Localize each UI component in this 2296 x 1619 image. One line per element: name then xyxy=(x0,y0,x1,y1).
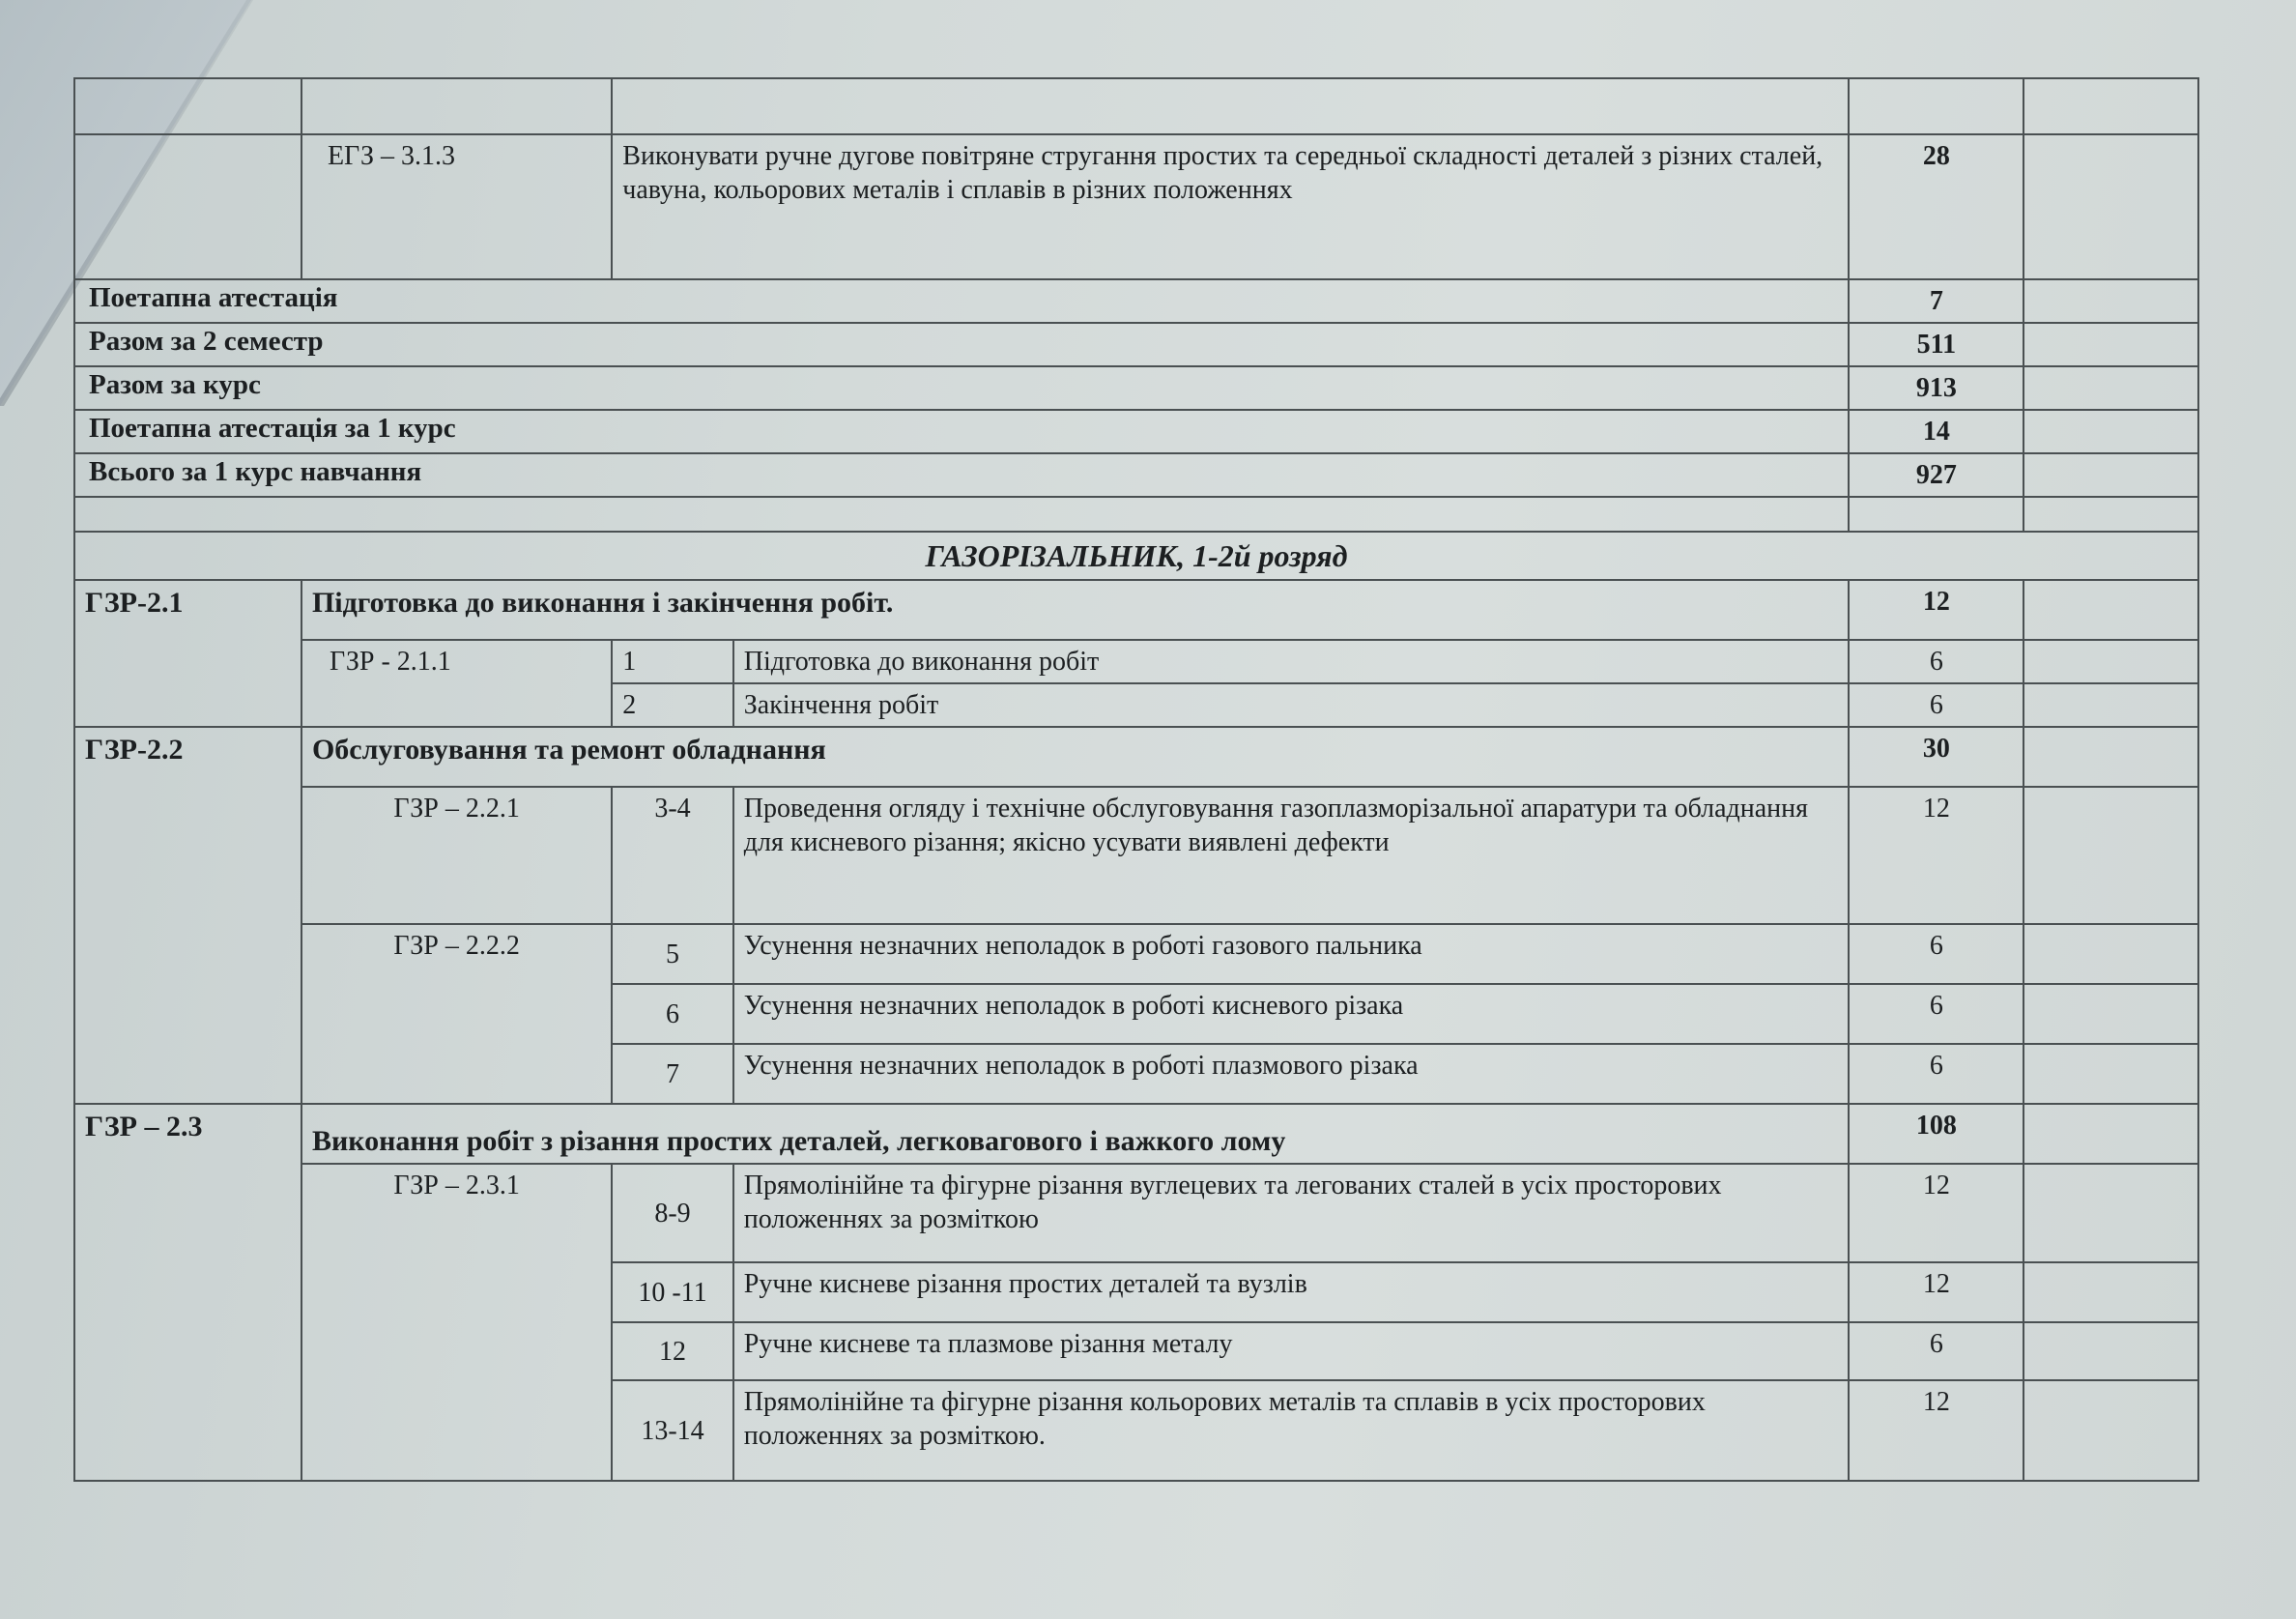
lesson-row: ГЗР – 2.3.1 8-9 Прямолінійне та фігурне … xyxy=(74,1164,2198,1262)
unit-code: ЕГЗ – 3.1.3 xyxy=(301,134,612,279)
module-title: Підготовка до виконання і закінчення роб… xyxy=(301,580,1850,640)
lesson-hours: 6 xyxy=(1849,924,2023,984)
module-hours: 12 xyxy=(1849,580,2023,640)
summary-row: Поетапна атестація за 1 курс 14 xyxy=(74,410,2198,453)
module-hours: 30 xyxy=(1849,727,2023,787)
lesson-number: 2 xyxy=(612,683,733,727)
module-title: Виконання робіт з різання простих детале… xyxy=(301,1104,1850,1164)
unit-code: ГЗР – 2.3.1 xyxy=(301,1164,612,1481)
lesson-hours: 6 xyxy=(1849,1044,2023,1104)
empty-cell xyxy=(2023,1164,2198,1262)
lesson-topic: Підготовка до виконання робіт xyxy=(733,640,1850,683)
lesson-number: 13-14 xyxy=(612,1380,733,1481)
module-code: ГЗР-2.2 xyxy=(74,727,301,1104)
empty-cell xyxy=(74,497,1849,532)
section-title: ГАЗОРІЗАЛЬНИК, 1-2й розряд xyxy=(74,532,2198,580)
table-row-egz-3-1-3: ЕГЗ – 3.1.3 Виконувати ручне дугове пові… xyxy=(74,134,2198,279)
lesson-row: ГЗР – 2.2.2 5 Усунення незначних неполад… xyxy=(74,924,2198,984)
empty-cell xyxy=(74,78,301,134)
unit-code: ГЗР - 2.1.1 xyxy=(301,640,612,727)
summary-label: Поетапна атестація за 1 курс xyxy=(74,410,1849,453)
lesson-number: 5 xyxy=(612,924,733,984)
section-title-row: ГАЗОРІЗАЛЬНИК, 1-2й розряд xyxy=(74,532,2198,580)
empty-cell xyxy=(612,78,1849,134)
empty-cell xyxy=(301,78,612,134)
summary-row: Разом за курс 913 xyxy=(74,366,2198,410)
lesson-hours: 6 xyxy=(1849,683,2023,727)
lesson-topic: Проведення огляду і технічне обслуговува… xyxy=(733,787,1850,924)
empty-cell xyxy=(2023,683,2198,727)
summary-hours: 913 xyxy=(1849,366,2023,410)
empty-cell xyxy=(2023,1104,2198,1164)
lesson-hours: 12 xyxy=(1849,1262,2023,1322)
summary-hours: 7 xyxy=(1849,279,2023,323)
lesson-hours: 6 xyxy=(1849,1322,2023,1380)
empty-cell xyxy=(1849,497,2023,532)
empty-cell xyxy=(2023,410,2198,453)
module-code: ГЗР – 2.3 xyxy=(74,1104,301,1481)
empty-cell xyxy=(2023,134,2198,279)
empty-cell xyxy=(2023,580,2198,640)
empty-cell xyxy=(2023,640,2198,683)
summary-label: Всього за 1 курс навчання xyxy=(74,453,1849,497)
empty-cell xyxy=(2023,453,2198,497)
module-row: ГЗР – 2.3 Виконання робіт з різання прос… xyxy=(74,1104,2198,1164)
empty-cell xyxy=(2023,366,2198,410)
lesson-hours: 6 xyxy=(1849,640,2023,683)
lesson-hours: 12 xyxy=(1849,1380,2023,1481)
lesson-topic: Усунення незначних неполадок в роботі ки… xyxy=(733,984,1850,1044)
module-row: ГЗР-2.2 Обслуговування та ремонт обладна… xyxy=(74,727,2198,787)
empty-cell xyxy=(2023,497,2198,532)
empty-cell xyxy=(2023,78,2198,134)
lesson-number: 10 -11 xyxy=(612,1262,733,1322)
summary-label: Разом за курс xyxy=(74,366,1849,410)
lesson-topic: Прямолінійне та фігурне різання вуглецев… xyxy=(733,1164,1850,1262)
lesson-topic: Ручне кисневе різання простих деталей та… xyxy=(733,1262,1850,1322)
summary-hours: 14 xyxy=(1849,410,2023,453)
lesson-topic: Закінчення робіт xyxy=(733,683,1850,727)
curriculum-table: ЕГЗ – 3.1.3 Виконувати ручне дугове пові… xyxy=(73,77,2199,1482)
empty-cell xyxy=(74,134,301,279)
lesson-hours: 6 xyxy=(1849,984,2023,1044)
lesson-row: ГЗР - 2.1.1 1 Підготовка до виконання ро… xyxy=(74,640,2198,683)
empty-cell xyxy=(2023,924,2198,984)
lesson-number: 1 xyxy=(612,640,733,683)
lesson-topic: Усунення незначних неполадок в роботі га… xyxy=(733,924,1850,984)
lesson-number: 12 xyxy=(612,1322,733,1380)
lesson-topic: Ручне кисневе та плазмове різання металу xyxy=(733,1322,1850,1380)
empty-cell xyxy=(2023,984,2198,1044)
summary-hours: 511 xyxy=(1849,323,2023,366)
module-row: ГЗР-2.1 Підготовка до виконання і закінч… xyxy=(74,580,2198,640)
unit-description: Виконувати ручне дугове повітряне струга… xyxy=(612,134,1849,279)
unit-code: ГЗР – 2.2.1 xyxy=(301,787,612,924)
document-page: ЕГЗ – 3.1.3 Виконувати ручне дугове пові… xyxy=(0,0,2296,1619)
empty-cell xyxy=(2023,1380,2198,1481)
empty-cell xyxy=(2023,727,2198,787)
table-row-empty-top xyxy=(74,78,2198,134)
summary-label: Разом за 2 семестр xyxy=(74,323,1849,366)
empty-cell xyxy=(2023,323,2198,366)
summary-row: Всього за 1 курс навчання 927 xyxy=(74,453,2198,497)
table-row-empty xyxy=(74,497,2198,532)
lesson-hours: 12 xyxy=(1849,1164,2023,1262)
empty-cell xyxy=(1849,78,2023,134)
lesson-topic: Прямолінійне та фігурне різання кольоров… xyxy=(733,1380,1850,1481)
lesson-number: 8-9 xyxy=(612,1164,733,1262)
unit-code: ГЗР – 2.2.2 xyxy=(301,924,612,1104)
hours-cell: 28 xyxy=(1849,134,2023,279)
module-title: Обслуговування та ремонт обладнання xyxy=(301,727,1850,787)
summary-row: Разом за 2 семестр 511 xyxy=(74,323,2198,366)
summary-hours: 927 xyxy=(1849,453,2023,497)
lesson-number: 3-4 xyxy=(612,787,733,924)
empty-cell xyxy=(2023,1044,2198,1104)
module-hours: 108 xyxy=(1849,1104,2023,1164)
empty-cell xyxy=(2023,787,2198,924)
empty-cell xyxy=(2023,1262,2198,1322)
summary-row: Поетапна атестація 7 xyxy=(74,279,2198,323)
empty-cell xyxy=(2023,279,2198,323)
lesson-row: ГЗР – 2.2.1 3-4 Проведення огляду і техн… xyxy=(74,787,2198,924)
lesson-number: 6 xyxy=(612,984,733,1044)
lesson-number: 7 xyxy=(612,1044,733,1104)
empty-cell xyxy=(2023,1322,2198,1380)
summary-label: Поетапна атестація xyxy=(74,279,1849,323)
module-code: ГЗР-2.1 xyxy=(74,580,301,727)
lesson-hours: 12 xyxy=(1849,787,2023,924)
lesson-topic: Усунення незначних неполадок в роботі пл… xyxy=(733,1044,1850,1104)
